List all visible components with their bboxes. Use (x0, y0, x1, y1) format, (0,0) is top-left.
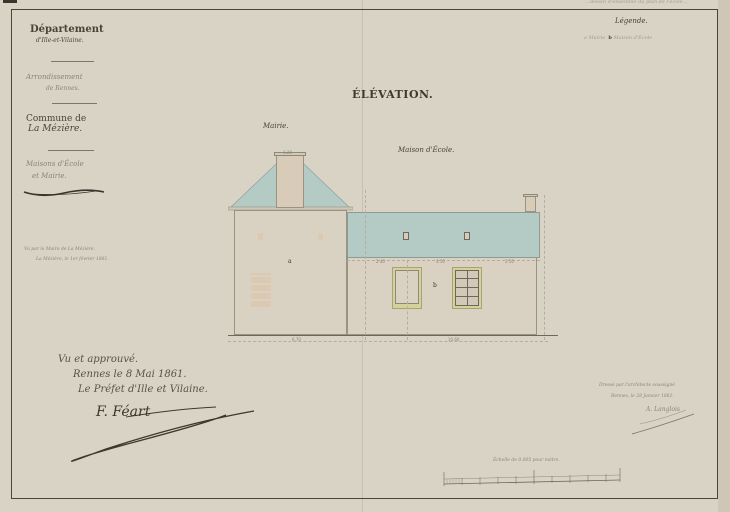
subject-line1: Maisons d'École (26, 160, 84, 168)
department-name: d'Ille-et-Vilaine. (36, 37, 84, 44)
roof-skylight (464, 232, 470, 240)
arrondissement-title: Arrondissement (26, 73, 83, 81)
legend-items: a Mairie b Maison d'École (584, 35, 652, 41)
divider (51, 61, 94, 62)
divider (48, 150, 94, 151)
mairie-window-ghost (251, 273, 271, 307)
guide-line (544, 195, 545, 340)
mark-a: a (288, 258, 292, 265)
roof-skylight (403, 232, 409, 240)
corner-mark (3, 0, 17, 3)
legend-key-b: b (608, 35, 612, 41)
mayor-note-line1: Vu par le Maire de La Mézière. (24, 247, 95, 252)
architect-line2: Rennes, le 28 Janvier 1861. (611, 394, 674, 399)
scale-ruler (442, 466, 624, 490)
ground-line (228, 335, 558, 336)
dimension-line (228, 341, 548, 342)
approval-line3: Le Préfet d'Ille et Vilaine. (78, 384, 208, 395)
label-ecole: Maison d'École. (398, 146, 454, 154)
legend-key-a: a (584, 35, 587, 41)
department-title: Département (30, 24, 104, 35)
mairie-chimney (276, 155, 304, 208)
commune-title: Commune de (26, 114, 86, 124)
dim-seg2: 4.50 (436, 259, 445, 264)
approval-line1: Vu et approuvé. (58, 354, 138, 365)
legend-label-b: Maison d'École (614, 35, 653, 41)
window-panes (455, 270, 479, 306)
dim-seg3: 2.50 (505, 259, 514, 264)
divider (52, 103, 97, 104)
signature-flourish-icon (66, 405, 260, 467)
ecole-chimney (525, 196, 536, 212)
scale-caption: Échelle de 0.005 pour mètre. (493, 458, 560, 463)
subject-line2: et Mairie. (32, 172, 67, 180)
chimney-cap (523, 194, 538, 197)
flourish-icon (22, 186, 106, 198)
sheet-edge (718, 0, 730, 512)
dim-seg1: 2.40 (376, 259, 385, 264)
dim-chimney-top: 1.20 (283, 150, 292, 155)
arrondissement-name: de Rennes. (46, 85, 80, 92)
page-title: ÉLÉVATION. (352, 88, 433, 101)
approval-line2: Rennes le 8 Mai 1861. (73, 369, 187, 380)
ecole-wall (347, 258, 537, 335)
architect-line1: Dressé par l'architecte soussigné (599, 383, 675, 388)
drawing-sheet: …dessin d'ensemble du plan de l'école… D… (0, 0, 730, 512)
legend-title: Légende. (615, 17, 648, 25)
dim-mairie-width: 6.70 (292, 337, 301, 342)
top-strip-text: …dessin d'ensemble du plan de l'école… (585, 0, 688, 5)
architect-flourish-icon (630, 408, 700, 438)
ecole-roof (347, 212, 540, 258)
mayor-note-line2: La Mézière, le 1er février 1861. (36, 257, 109, 262)
label-mairie: Mairie. (263, 122, 289, 130)
mairie-vent (318, 233, 323, 240)
legend-label-a: Mairie (589, 35, 606, 41)
mairie-vent (258, 233, 263, 240)
dim-ecole-width: 10.60 (448, 337, 459, 342)
guide-line (365, 190, 366, 340)
mark-b: b (433, 282, 437, 289)
guide-line (407, 260, 408, 340)
commune-name: La Mézière. (28, 124, 82, 134)
